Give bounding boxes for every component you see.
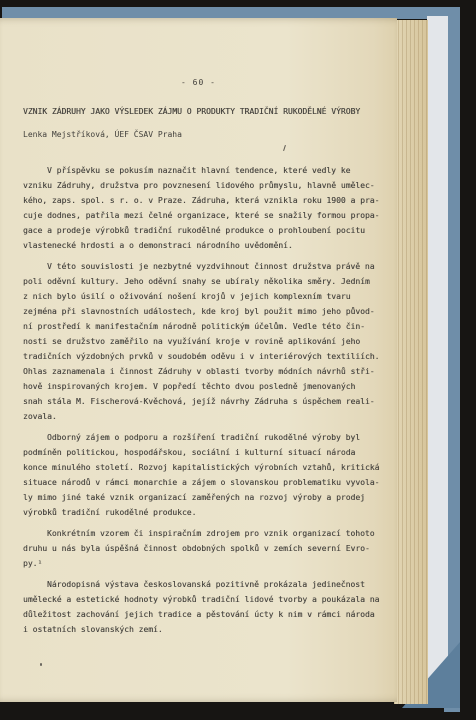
- text-line: vlastenecké hrdosti a o demonstraci náro…: [23, 238, 387, 253]
- paragraph: Odborný zájem o podporu a rozšíření trad…: [23, 430, 387, 520]
- text-line: cuje dodnes, patřila mezi čelné organiza…: [23, 208, 387, 223]
- text-line: zejména při slavnostních událostech, kde…: [23, 304, 387, 319]
- paragraph: Konkrétním vzorem či inspiračním zdrojem…: [23, 526, 387, 571]
- page-number: - 60 -: [0, 78, 397, 87]
- text-line: situace národů v rámci monarchie a zájem…: [23, 475, 387, 490]
- text-line: Odborný zájem o podporu a rozšíření trad…: [23, 430, 387, 445]
- text-line: poli oděvní kultury. Jeho oděvní snahy s…: [23, 274, 387, 289]
- paragraph: V této souvislosti je nezbytné vyzdvihno…: [23, 259, 387, 424]
- text-line: gace a prodeje výrobků tradiční rukoděln…: [23, 223, 387, 238]
- page-edge-stack: [394, 20, 428, 704]
- text-line: Národopisná výstava českoslovanská pozit…: [23, 577, 387, 592]
- text-line: důležitost zachování jejich tradice a pě…: [23, 607, 387, 622]
- text-line: kého, zaps. spol. s r. o. v Praze. Zádru…: [23, 193, 387, 208]
- text-line: py.¹: [23, 556, 387, 571]
- text-line: ní prostředí k manifestačním národně pol…: [23, 319, 387, 334]
- body-text: V příspěvku se pokusím naznačit hlavní t…: [23, 163, 387, 643]
- paragraph: V příspěvku se pokusím naznačit hlavní t…: [23, 163, 387, 253]
- scan-artifact-mark: [40, 663, 42, 666]
- text-line: Konkrétním vzorem či inspiračním zdrojem…: [23, 526, 387, 541]
- text-line: podmíněn politickou, hospodářskou, sociá…: [23, 445, 387, 460]
- text-line: konce minulého století. Rozvoj kapitalis…: [23, 460, 387, 475]
- text-line: hově inspirovaných krojem. V popředí těc…: [23, 379, 387, 394]
- text-line: ly mimo jiné také vznik organizací zaměř…: [23, 490, 387, 505]
- text-line: V příspěvku se pokusím naznačit hlavní t…: [23, 163, 387, 178]
- text-line: druhu u nás byla úspěšná činnost obdobný…: [23, 541, 387, 556]
- text-line: výrobků tradiční rukodělné produkce.: [23, 505, 387, 520]
- endpaper-edge: [427, 16, 448, 708]
- text-line: i ostatních slovanských zemí.: [23, 622, 387, 637]
- text-line: z nich bylo úsilí o oživování nošení kro…: [23, 289, 387, 304]
- article-title: VZNIK ZÁDRUHY JAKO VÝSLEDEK ZÁJMU O PROD…: [23, 107, 360, 116]
- text-line: vzniku Zádruhy, družstva pro povznesení …: [23, 178, 387, 193]
- text-line: Ohlas zaznamenala i činnost Zádruhy v ob…: [23, 364, 387, 379]
- scan-artifact-mark: [283, 145, 286, 151]
- paragraph: Národopisná výstava českoslovanská pozit…: [23, 577, 387, 637]
- text-line: V této souvislosti je nezbytné vyzdvihno…: [23, 259, 387, 274]
- text-line: umělecké a estetické hodnoty výrobků tra…: [23, 592, 387, 607]
- text-line: nosti se družstvo zaměřilo na využívání …: [23, 334, 387, 349]
- document-page: - 60 - VZNIK ZÁDRUHY JAKO VÝSLEDEK ZÁJMU…: [0, 18, 397, 702]
- text-line: tradičních výzdobných prvků v soudobém o…: [23, 349, 387, 364]
- author-line: Lenka Mejstříková, ÚEF ČSAV Praha: [23, 130, 182, 139]
- text-line: snah stála M. Fischerová-Kvěchová, jejíž…: [23, 394, 387, 409]
- text-line: zovala.: [23, 409, 387, 424]
